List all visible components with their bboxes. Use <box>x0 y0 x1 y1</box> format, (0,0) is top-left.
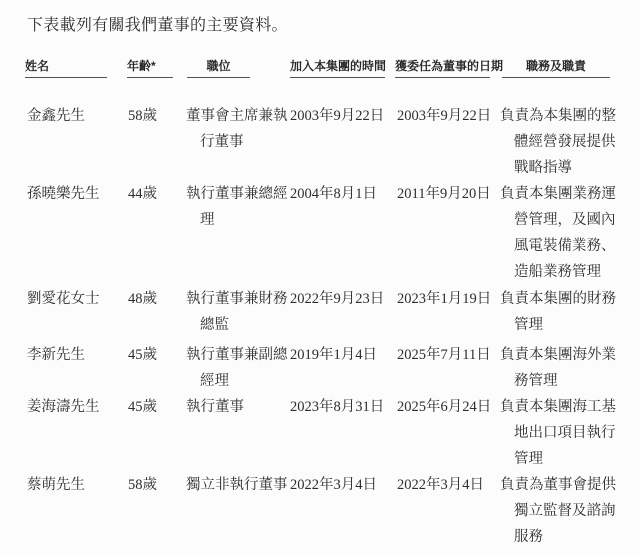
director-age: 58歲 <box>128 103 157 129</box>
director-joined: 2022年9月23日 <box>290 286 384 312</box>
director-duties: 負責為本集團的整 體經營發展提供 戰略指導 <box>500 103 640 181</box>
director-appointed: 2011年9月20日 <box>397 181 491 207</box>
director-duties: 負責本集團業務運 營管理，及國內 風電裝備業務、 造船業務管理 <box>500 181 640 285</box>
director-age: 48歲 <box>128 286 157 312</box>
intro-text: 下表載列有關我們董事的主要資料。 <box>27 12 288 35</box>
director-name: 孫曉樂先生 <box>27 181 100 207</box>
director-name: 金鑫先生 <box>27 103 85 129</box>
column-header-appointed: 獲委任為董事的日期 <box>395 59 490 78</box>
director-age: 44歲 <box>128 181 157 207</box>
director-age: 45歲 <box>128 394 157 420</box>
director-duties: 負責本集團的財務 管理 <box>500 286 640 338</box>
director-joined: 2023年8月31日 <box>290 394 384 420</box>
director-joined: 2004年8月1日 <box>290 181 377 207</box>
column-header-duties: 職務及職責 <box>502 59 610 78</box>
director-name: 李新先生 <box>27 342 85 368</box>
column-header-position: 職位 <box>187 59 250 78</box>
director-appointed: 2025年7月11日 <box>397 342 491 368</box>
director-name: 姜海濤先生 <box>27 394 100 420</box>
director-appointed: 2025年6月24日 <box>397 394 491 420</box>
director-joined: 2019年1月4日 <box>290 342 377 368</box>
director-appointed: 2003年9月22日 <box>397 103 491 129</box>
director-appointed: 2022年3月4日 <box>397 472 484 498</box>
document-page: 下表載列有關我們董事的主要資料。 姓名 年齡* 職位 加入本集團的時間 獲委任為… <box>0 0 640 555</box>
column-header-name: 姓名 <box>25 59 107 78</box>
director-duties: 負責本集團海外業 務管理 <box>500 342 640 394</box>
director-duties: 負責本集團海工基 地出口項目執行 管理 <box>500 394 640 472</box>
director-age: 45歲 <box>128 342 157 368</box>
director-joined: 2022年3月4日 <box>290 472 377 498</box>
director-joined: 2003年9月22日 <box>290 103 384 129</box>
director-name: 蔡萌先生 <box>27 472 85 498</box>
director-duties: 負責為董事會提供 獨立監督及諮詢 服務 <box>500 472 640 550</box>
director-age: 58歲 <box>128 472 157 498</box>
director-name: 劉愛花女士 <box>27 286 100 312</box>
column-header-age: 年齡* <box>127 59 173 78</box>
column-header-joined: 加入本集團的時間 <box>290 59 385 78</box>
director-appointed: 2023年1月19日 <box>397 286 491 312</box>
